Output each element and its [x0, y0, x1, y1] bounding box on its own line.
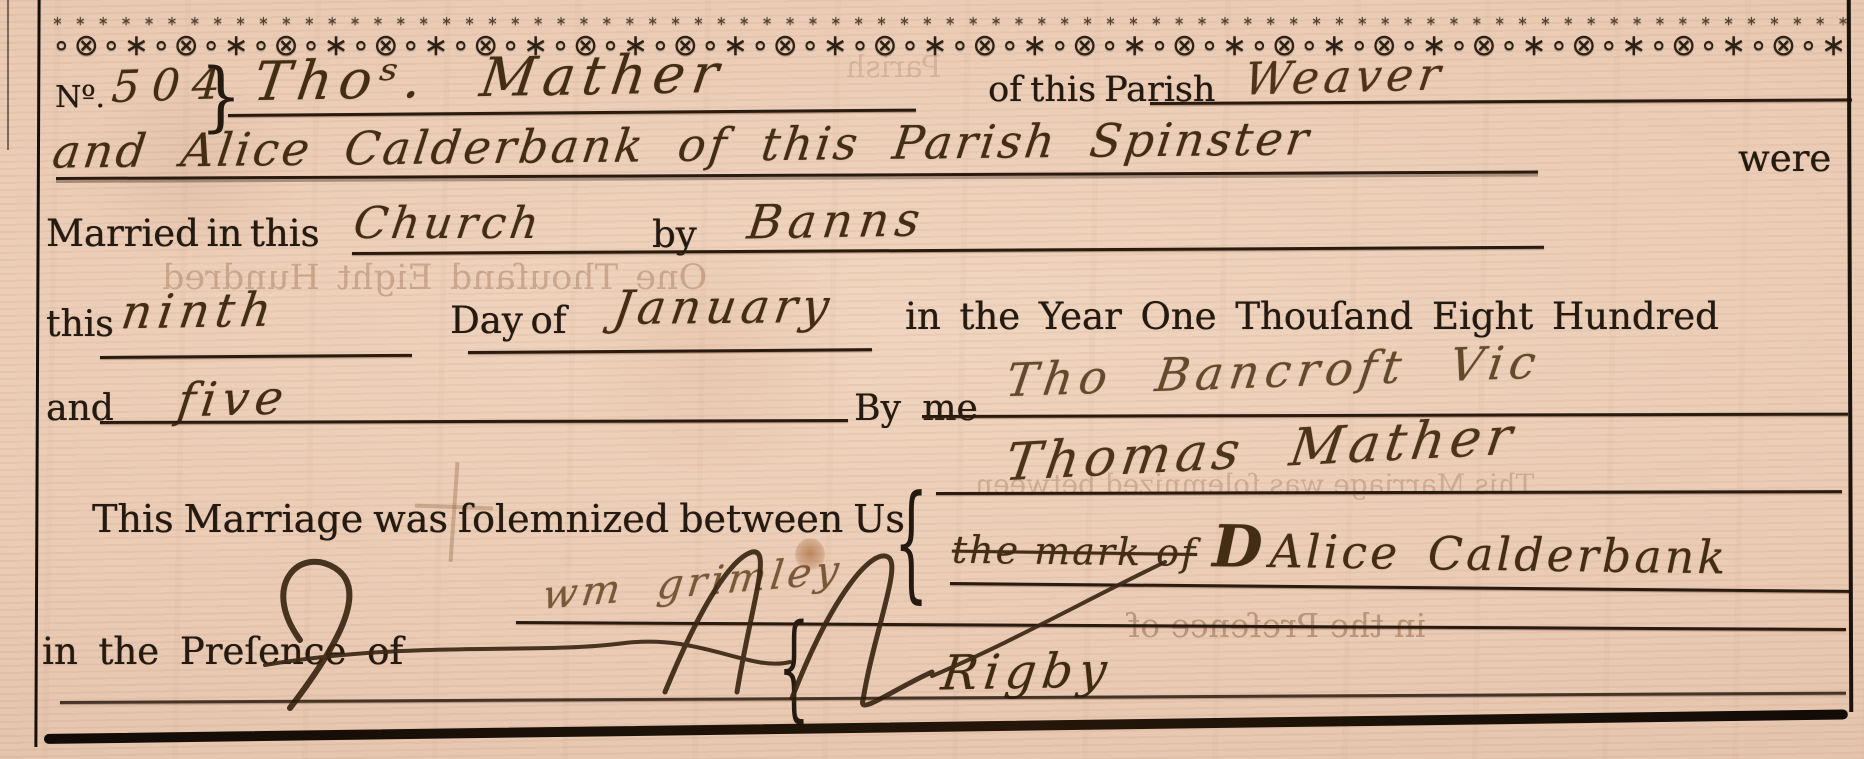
- bride-mark-prefix: the mark of: [952, 528, 1198, 575]
- bottom-border-rule: [44, 709, 1848, 744]
- signature-line: [936, 490, 1842, 495]
- bride-signature: Alice Calderbank: [1269, 524, 1728, 584]
- groom-name-handwritten: Thoˢ. Mather: [250, 42, 730, 113]
- banns-handwritten: Banns: [744, 192, 928, 250]
- marriage-register-page: ∗∗∗∗∗∗∗∗∗∗∗∗∗∗∗∗∗∗∗∗∗∗∗∗∗∗∗∗∗∗∗∗∗∗∗∗∗∗∗∗…: [0, 0, 1864, 759]
- printed-day-of: Day of: [450, 299, 566, 342]
- officiant-signature: Tho Bancroft Vic: [1003, 335, 1546, 408]
- place-handwritten: Church: [350, 198, 546, 249]
- groom-occupation-handwritten: Weaver: [1241, 47, 1448, 105]
- printed-solemnized-phrase: This Marriage was ſolemnized between Us: [92, 497, 905, 541]
- printed-by-me: By me: [854, 388, 978, 429]
- signature-line: [516, 621, 1846, 631]
- ink-blot: [795, 538, 825, 572]
- witness-signature-bottom: Rigby: [938, 643, 1115, 702]
- entry-number-label: Nº.: [55, 80, 105, 115]
- printed-in-the-presence-of: in the Preſence of: [42, 630, 403, 673]
- witnesses-brace: {: [778, 600, 810, 733]
- right-border-rule: [1847, 0, 1853, 712]
- printed-this: this: [46, 304, 114, 345]
- day-handwritten: ninth: [118, 283, 281, 341]
- printed-married-in-this: Married in this: [46, 212, 319, 255]
- month-handwritten: January: [610, 279, 838, 336]
- bride-mark-line: the mark of D Alice Calderbank: [952, 509, 1729, 588]
- printed-year-phrase: in the Year One Thouſand Eight Hundred: [905, 295, 1719, 338]
- page-edge-line: [7, 0, 9, 150]
- bride-mark-glyph: D: [1212, 512, 1263, 581]
- left-border-rule: [34, 0, 40, 747]
- groom-signature: Thomas Mather: [1002, 407, 1521, 493]
- printed-were: were: [1738, 137, 1831, 180]
- parties-brace: {: [894, 468, 928, 616]
- paper-highlight: [1560, 40, 1840, 400]
- writing-line: [100, 354, 412, 359]
